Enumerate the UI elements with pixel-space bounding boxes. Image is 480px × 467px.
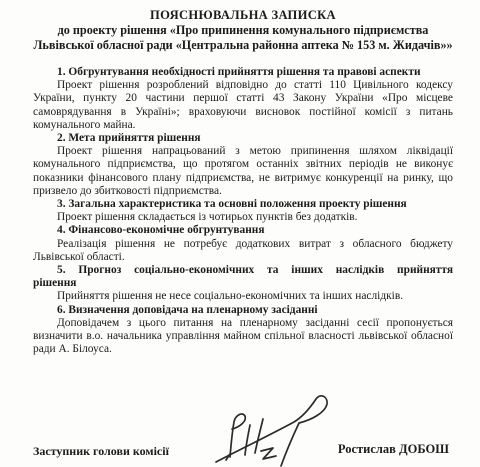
document-content: ПОЯСНЮВАЛЬНА ЗАПИСКА до проекту рішення … [33, 8, 453, 356]
section-4-heading: 4. Фінансово-економічне обгрунтування [33, 224, 453, 237]
signatory-name: Ростислав ДОБОШ [338, 442, 449, 457]
section-5-heading-line-2: рішення [33, 277, 453, 290]
section-4: 4. Фінансово-економічне обгрунтування Ре… [33, 224, 453, 264]
section-2-body: Проект рішення напрацьований з метою при… [33, 145, 453, 198]
document-subtitle-line-1: до проекту рішення «Про припинення комун… [33, 23, 453, 38]
section-6: 6. Визначення доповідача на пленарному з… [33, 304, 453, 357]
section-6-heading: 6. Визначення доповідача на пленарному з… [33, 304, 453, 317]
sections-block: 1. Обгрунтування необхідності прийняття … [33, 66, 453, 356]
document-subtitle-line-2: Львівської обласної ради «Центральна рай… [33, 38, 453, 53]
scanned-document-page: ПОЯСНЮВАЛЬНА ЗАПИСКА до проекту рішення … [0, 0, 480, 467]
section-5: 5. Прогноз соціально-економічних та інши… [33, 264, 453, 304]
section-5-body: Прийняття рішення не несе соціально-екон… [33, 290, 453, 303]
section-1-body: Проект рішення розроблений відповідно до… [33, 79, 453, 132]
section-5-heading-line-1: 5. Прогноз соціально-економічних та інши… [33, 264, 453, 277]
section-2-heading: 2. Мета прийняття рішення [33, 132, 453, 145]
section-1: 1. Обгрунтування необхідності прийняття … [33, 66, 453, 132]
handwritten-signature-icon [206, 389, 346, 467]
section-3-body: Проект рішення складається із чотирьох п… [33, 211, 453, 224]
section-6-body: Доповідачем з цього питання на пленарном… [33, 317, 453, 357]
signatory-title: Заступник голови комісії [33, 444, 169, 459]
section-2: 2. Мета прийняття рішення Проект рішення… [33, 132, 453, 198]
section-3: 3. Загальна характеристика та основні по… [33, 198, 453, 224]
section-1-heading: 1. Обгрунтування необхідності прийняття … [33, 66, 453, 79]
section-3-heading: 3. Загальна характеристика та основні по… [33, 198, 453, 211]
section-4-body: Реалізація рішення не потребує додаткови… [33, 238, 453, 264]
document-title: ПОЯСНЮВАЛЬНА ЗАПИСКА [33, 8, 453, 23]
title-block: ПОЯСНЮВАЛЬНА ЗАПИСКА до проекту рішення … [33, 8, 453, 53]
